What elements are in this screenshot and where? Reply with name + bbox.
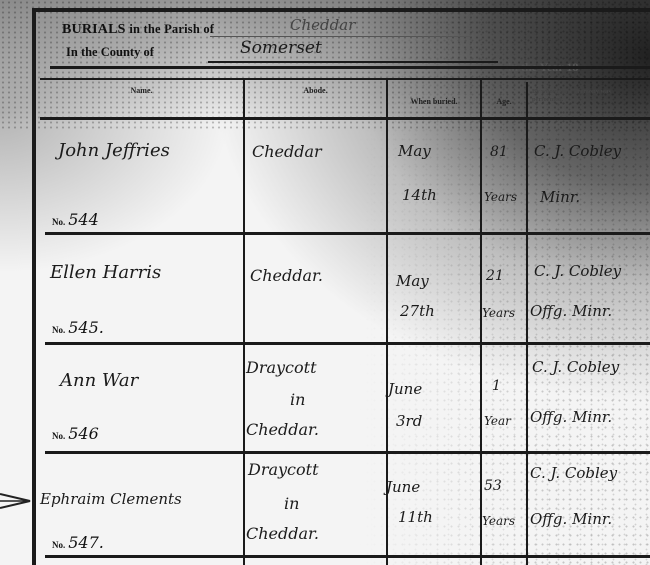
- register-title: BURIALS in the Parish of: [62, 22, 214, 38]
- entry-number: No.546: [52, 424, 99, 443]
- entry-name: Ephraim Clements: [40, 490, 182, 508]
- county-value: Somerset: [240, 38, 322, 58]
- entry-abode-line2: in: [290, 390, 305, 409]
- entry-officiant-title: Offg. Minr.: [530, 510, 612, 528]
- entry-abode-line1: Draycott: [246, 358, 317, 377]
- row-separator-2: [45, 342, 650, 345]
- entry-abode-line2: in: [284, 494, 299, 513]
- entry-age-unit: Years: [484, 190, 517, 204]
- entry-officiant-title: Minr.: [540, 188, 580, 206]
- entry-when-day: 14th: [402, 186, 437, 204]
- entry-name: Ann War: [60, 370, 138, 391]
- entry-age: 21: [486, 268, 504, 284]
- title-burials: BURIALS: [62, 22, 126, 37]
- entry-when-day: 27th: [400, 302, 435, 320]
- entry-abode-line3: Cheddar.: [246, 524, 319, 543]
- divider-when-age: [480, 80, 482, 565]
- entry-number-label: No.: [52, 431, 65, 441]
- entry-age: 1: [492, 378, 501, 394]
- header-top-rule: [40, 78, 650, 80]
- entry-officiant: C. J. Cobley: [530, 464, 617, 482]
- entry-number-label: No.: [52, 540, 65, 550]
- entry-number-value: 547.: [68, 533, 104, 552]
- entry-officiant-title: Offg. Minr.: [530, 302, 612, 320]
- row-separator-1: [45, 232, 650, 235]
- divider-age-bywhom: [526, 82, 528, 565]
- top-border: [32, 8, 650, 12]
- entry-abode-line3: Cheddar.: [246, 420, 319, 439]
- entry-when-month: May: [396, 272, 429, 290]
- column-header-by-whom: By whom the Ceremony was performed.: [532, 88, 642, 104]
- entry-when-month: June: [386, 478, 420, 496]
- entry-number-value: 544: [68, 210, 99, 229]
- entry-age-unit: Years: [482, 514, 515, 528]
- entry-number: No.544: [52, 210, 99, 229]
- column-header-name: Name.: [40, 86, 243, 95]
- parish-value: Cheddar: [290, 16, 355, 34]
- entry-when-month: May: [398, 142, 431, 160]
- entry-name: John Jeffries: [58, 140, 170, 161]
- title-parish-label: in the Parish of: [129, 22, 214, 36]
- left-border: [32, 8, 36, 565]
- entry-officiant: C. J. Cobley: [534, 262, 621, 280]
- entry-number-label: No.: [52, 325, 65, 335]
- entry-abode-line1: Draycott: [248, 460, 319, 479]
- margin-pointer-arrow-icon: [0, 490, 34, 519]
- entry-age-unit: Years: [482, 306, 515, 320]
- title-rule: [50, 66, 650, 69]
- entry-when-day: 3rd: [396, 412, 422, 430]
- entry-name: Ellen Harris: [50, 262, 161, 283]
- entry-officiant: C. J. Cobley: [534, 142, 621, 160]
- entry-abode: Cheddar: [252, 142, 322, 161]
- entry-when-day: 11th: [398, 508, 433, 526]
- row-separator-3: [45, 451, 650, 454]
- entry-officiant-title: Offg. Minr.: [530, 408, 612, 426]
- row-separator-4: [45, 555, 650, 558]
- county-label: In the County of: [66, 45, 154, 60]
- arrow-icon: [0, 490, 34, 512]
- entry-number: No.547.: [52, 533, 104, 552]
- header-bottom-rule: [40, 117, 650, 120]
- entry-abode: Cheddar.: [250, 266, 323, 285]
- entry-number: No.545.: [52, 318, 104, 337]
- entry-number-value: 546: [68, 424, 99, 443]
- entry-age: 53: [484, 478, 502, 494]
- entry-when-month: June: [388, 380, 422, 398]
- entry-age-unit: Year: [484, 414, 511, 428]
- column-header-when-buried: When buried.: [388, 97, 480, 106]
- parish-underline: [210, 36, 470, 37]
- divider-name-abode: [243, 78, 245, 565]
- entry-age: 81: [490, 144, 508, 160]
- entry-officiant: C. J. Cobley: [532, 358, 619, 376]
- county-underline: [208, 61, 498, 63]
- entry-number-value: 545.: [68, 318, 104, 337]
- column-header-abode: Abode.: [245, 86, 386, 95]
- register-page: BURIALS in the Parish of Cheddar In the …: [0, 0, 650, 565]
- column-header-age: Age.: [482, 97, 526, 106]
- entry-number-label: No.: [52, 217, 65, 227]
